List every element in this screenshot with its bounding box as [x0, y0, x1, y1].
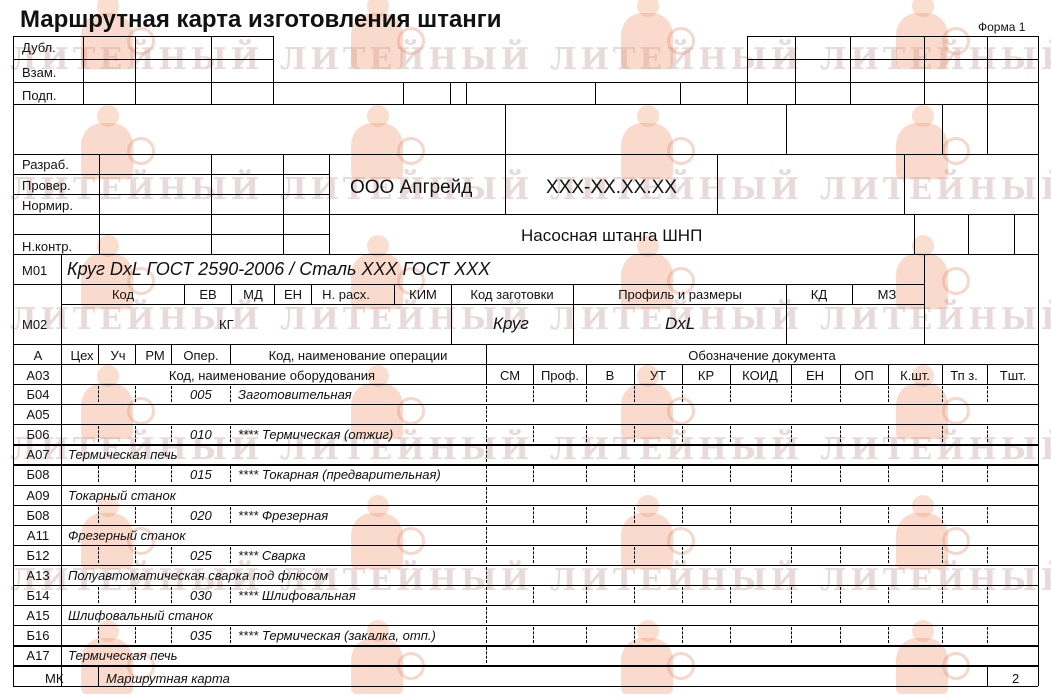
hdr-oper: Опер. — [183, 349, 218, 362]
grid-line — [135, 36, 136, 104]
watermark-figure-icon — [615, 495, 685, 575]
dashed-divider — [987, 587, 988, 603]
row-code: Б12 — [27, 549, 50, 562]
dashed-divider — [942, 466, 943, 482]
hdr-equipment: Код, наименование оборудования — [169, 369, 375, 382]
grid-line — [13, 444, 1038, 445]
grid-line — [403, 82, 404, 104]
dashed-divider — [533, 547, 534, 563]
dashed-divider — [730, 466, 731, 482]
grid-line — [1038, 36, 1039, 686]
dashed-divider — [987, 547, 988, 563]
dashed-divider — [791, 466, 792, 482]
operation-number: 005 — [190, 388, 212, 401]
grid-line — [283, 154, 284, 254]
equipment-name: Токарный станок — [68, 489, 176, 502]
m01-label: М01 — [22, 264, 47, 277]
dashed-divider — [586, 547, 587, 563]
grid-line — [99, 154, 100, 254]
doc-col-header: В — [606, 369, 615, 382]
grid-line — [13, 505, 1038, 506]
dashed-divider — [987, 507, 988, 523]
dashed-divider — [135, 547, 136, 563]
grid-line — [329, 154, 330, 254]
grid-line — [924, 254, 925, 344]
grid-line — [680, 82, 681, 104]
watermark-text: ЛИТЕЙНЫЙ — [820, 302, 1051, 337]
grid-line — [987, 364, 988, 384]
equipment-name: Полуавтоматическая сварка под флюсом — [68, 569, 328, 582]
operation-number: 025 — [190, 549, 212, 562]
grid-line — [83, 36, 84, 104]
grid-line — [13, 665, 1038, 666]
grid-line — [573, 284, 574, 304]
mat-header-blank-code: Код заготовки — [470, 288, 553, 301]
doc-col-header: КОИД — [742, 369, 778, 382]
grid-line — [13, 645, 1038, 646]
dashed-divider — [888, 587, 889, 603]
dashed-divider — [634, 547, 635, 563]
doc-col-header: ОП — [854, 369, 873, 382]
operation-name: **** Фрезерная — [238, 509, 328, 522]
watermark-text: ЛИТЕЙНЫЙ — [280, 42, 533, 77]
operation-number: 010 — [190, 428, 212, 441]
hdr-a: А — [34, 349, 43, 362]
grid-line — [13, 686, 1038, 687]
dashed-divider — [791, 507, 792, 523]
grid-line — [13, 545, 1038, 546]
grid-line — [888, 364, 889, 384]
dashed-divider — [135, 386, 136, 402]
dashed-divider — [987, 627, 988, 643]
grid-line — [840, 364, 841, 384]
dashed-divider — [942, 627, 943, 643]
watermark-figure-icon — [615, 620, 685, 700]
dashed-divider — [730, 426, 731, 442]
dashed-divider — [682, 386, 683, 402]
dashed-divider — [486, 587, 487, 603]
document-code: XXX-XX.XX.XX — [546, 178, 677, 197]
grid-line — [914, 214, 915, 254]
dashed-divider — [791, 386, 792, 402]
mat-header-code: Код — [112, 288, 134, 301]
watermark-figure-icon — [615, 235, 685, 315]
hdr-uch: Уч — [110, 349, 125, 362]
dashed-divider — [730, 547, 731, 563]
watermark-text: ЛИТЕЙНЫЙ — [820, 172, 1051, 207]
dashed-divider — [682, 547, 683, 563]
mat-header-mz: МЗ — [878, 288, 897, 301]
doc-col-header: ЕН — [806, 369, 824, 382]
dashed-divider — [486, 426, 487, 442]
dashed-divider — [682, 426, 683, 442]
dashed-divider — [942, 386, 943, 402]
m01-material: Круг DxL ГОСТ 2590-2006 / Сталь XXX ГОСТ… — [67, 260, 490, 278]
dashed-divider — [486, 446, 487, 462]
mk-label: МК — [45, 672, 63, 685]
grid-line — [61, 304, 924, 305]
dashed-divider — [171, 386, 172, 402]
dashed-divider — [840, 507, 841, 523]
dashed-divider — [135, 466, 136, 482]
grid-line — [595, 82, 596, 104]
grid-line — [730, 364, 731, 384]
grid-line — [791, 364, 792, 384]
grid-line — [230, 344, 231, 364]
page-title: Маршрутная карта изготовления штанги — [20, 6, 502, 34]
watermark-figure-icon — [890, 495, 960, 575]
watermark-text: ЛИТЕЙНЫЙ — [550, 563, 803, 598]
operation-number: 015 — [190, 468, 212, 481]
dashed-divider — [730, 507, 731, 523]
grid-line — [13, 154, 1038, 155]
grid-line — [13, 625, 1038, 626]
dashed-divider — [230, 547, 231, 563]
dashed-divider — [987, 466, 988, 482]
watermark-text: ЛИТЕЙНЫЙ — [550, 432, 803, 467]
row-code: Б08 — [27, 468, 50, 481]
grid-line — [13, 174, 329, 175]
row-code: А11 — [27, 529, 49, 542]
mat-header-profile: Профиль и размеры — [618, 288, 742, 301]
dashed-divider — [135, 507, 136, 523]
dashed-divider — [586, 627, 587, 643]
nkontr-label: Н.контр. — [22, 240, 72, 253]
grid-line — [13, 525, 1038, 526]
dashed-divider — [533, 587, 534, 603]
dashed-divider — [533, 627, 534, 643]
operation-number: 030 — [190, 589, 212, 602]
dashed-divider — [682, 627, 683, 643]
product-name: Насосная штанга ШНП — [521, 227, 702, 244]
mat-header-nrash: Н. расх. — [322, 288, 370, 301]
grid-line — [13, 59, 273, 60]
vzam-label: Взам. — [22, 66, 56, 79]
grid-line — [904, 154, 905, 214]
grid-line — [747, 36, 1038, 37]
grid-line — [451, 284, 452, 304]
watermark-figure-icon — [615, 0, 685, 75]
operation-name: **** Шлифовальная — [238, 589, 356, 602]
grid-line — [852, 284, 853, 304]
dubl-label: Дубл. — [22, 41, 56, 54]
watermark-figure-icon — [615, 105, 685, 185]
dashed-divider — [586, 386, 587, 402]
hdr-a03: А03 — [26, 369, 49, 382]
doc-col-header: Тп з. — [950, 369, 978, 382]
dashed-divider — [533, 386, 534, 402]
dashed-divider — [888, 466, 889, 482]
dashed-divider — [171, 507, 172, 523]
grid-line — [13, 234, 329, 235]
dashed-divider — [486, 547, 487, 563]
grid-line — [1014, 214, 1015, 254]
grid-line — [13, 585, 1038, 586]
grid-line — [98, 665, 99, 686]
prover-label: Провер. — [22, 179, 71, 192]
dashed-divider — [486, 527, 487, 543]
grid-line — [13, 254, 1038, 255]
dashed-divider — [486, 487, 487, 503]
dashed-divider — [682, 587, 683, 603]
grid-line — [942, 364, 943, 384]
dashed-divider — [586, 426, 587, 442]
operation-name: **** Термическая (отжиг) — [238, 428, 393, 441]
dashed-divider — [171, 466, 172, 482]
grid-line — [135, 344, 136, 364]
dashed-divider — [840, 386, 841, 402]
doc-col-header: К.шт. — [900, 369, 930, 382]
equipment-name: Шлифовальный станок — [68, 609, 213, 622]
dashed-divider — [840, 426, 841, 442]
grid-line — [466, 82, 467, 104]
grid-line — [13, 384, 1038, 385]
dashed-divider — [230, 386, 231, 402]
dashed-divider — [634, 627, 635, 643]
grid-line — [394, 284, 395, 304]
dashed-divider — [634, 426, 635, 442]
dashed-divider — [486, 647, 487, 663]
dashed-divider — [533, 466, 534, 482]
grid-line — [450, 82, 451, 104]
grid-line — [13, 565, 1038, 566]
row-code: Б14 — [27, 589, 50, 602]
hdr-tseh: Цех — [70, 349, 93, 362]
dashed-divider — [533, 426, 534, 442]
dashed-divider — [98, 587, 99, 603]
dashed-divider — [171, 587, 172, 603]
dashed-divider — [135, 426, 136, 442]
dashed-divider — [942, 547, 943, 563]
grid-line — [795, 36, 796, 104]
hdr-rm: РМ — [145, 349, 164, 362]
grid-line — [942, 104, 943, 154]
grid-line — [586, 364, 587, 384]
grid-line — [184, 284, 185, 304]
dashed-divider — [171, 627, 172, 643]
dashed-divider — [486, 507, 487, 523]
grid-line — [717, 154, 718, 214]
dashed-divider — [840, 547, 841, 563]
dashed-divider — [230, 587, 231, 603]
dashed-divider — [486, 406, 487, 422]
equipment-name: Термическая печь — [68, 649, 177, 662]
dashed-divider — [98, 386, 99, 402]
grid-line — [987, 665, 988, 686]
dashed-divider — [98, 426, 99, 442]
m02-blank-code: Круг — [493, 315, 529, 332]
dashed-divider — [888, 386, 889, 402]
grid-line — [533, 364, 534, 384]
dashed-divider — [840, 627, 841, 643]
grid-line — [274, 284, 275, 304]
watermark-figure-icon — [890, 620, 960, 700]
watermark-text: ЛИТЕЙНЫЙ — [820, 563, 1051, 598]
dashed-divider — [230, 507, 231, 523]
dashed-divider — [230, 627, 231, 643]
dashed-divider — [230, 426, 231, 442]
row-code: А07 — [26, 448, 49, 461]
dashed-divider — [486, 607, 487, 623]
grid-line — [311, 284, 312, 304]
watermark-text: ЛИТЕЙНЫЙ — [820, 432, 1051, 467]
dashed-divider — [942, 507, 943, 523]
dashed-divider — [888, 547, 889, 563]
page-number: 2 — [1012, 672, 1019, 685]
row-code: Б16 — [27, 629, 50, 642]
dashed-divider — [942, 587, 943, 603]
row-code: А13 — [26, 569, 49, 582]
grid-line — [98, 344, 99, 364]
grid-line — [211, 154, 212, 254]
company-name: ООО Апгрейд — [350, 178, 472, 197]
dashed-divider — [791, 426, 792, 442]
normir-label: Нормир. — [22, 199, 73, 212]
grid-line — [13, 605, 1038, 606]
grid-line — [747, 59, 1038, 60]
mat-header-kim: КИМ — [409, 288, 437, 301]
grid-line — [13, 82, 1038, 83]
operation-number: 035 — [190, 629, 212, 642]
grid-line — [968, 214, 969, 254]
dashed-divider — [634, 466, 635, 482]
doc-col-header: СМ — [500, 369, 520, 382]
dashed-divider — [942, 426, 943, 442]
dashed-divider — [586, 507, 587, 523]
dashed-divider — [171, 426, 172, 442]
dashed-divider — [486, 567, 487, 583]
grid-line — [786, 104, 787, 154]
grid-line — [987, 104, 988, 154]
dashed-divider — [230, 466, 231, 482]
grid-line — [486, 364, 1038, 365]
dashed-divider — [486, 466, 487, 482]
dashed-divider — [486, 627, 487, 643]
grid-line — [13, 404, 1038, 405]
dashed-divider — [135, 587, 136, 603]
dashed-divider — [888, 627, 889, 643]
m02-unit: КГ — [219, 318, 234, 331]
operation-name: **** Термическая (закалка, отп.) — [238, 629, 436, 642]
dashed-divider — [682, 466, 683, 482]
grid-line — [987, 36, 988, 104]
dashed-divider — [98, 466, 99, 482]
dashed-divider — [171, 547, 172, 563]
operation-number: 020 — [190, 509, 212, 522]
hdr-operation-name: Код, наименование операции — [269, 349, 448, 362]
dashed-divider — [682, 507, 683, 523]
dashed-divider — [791, 627, 792, 643]
dashed-divider — [533, 507, 534, 523]
dashed-divider — [634, 507, 635, 523]
mat-header-md: МД — [243, 288, 263, 301]
doc-col-header: КР — [698, 369, 714, 382]
operation-name: **** Сварка — [238, 549, 306, 562]
dashed-divider — [730, 587, 731, 603]
grid-line — [13, 485, 1038, 486]
row-code: А09 — [26, 489, 49, 502]
grid-line — [682, 364, 683, 384]
dashed-divider — [888, 507, 889, 523]
dashed-divider — [135, 627, 136, 643]
grid-line — [573, 304, 574, 344]
form-label: Форма 1 — [978, 20, 1025, 34]
row-code: Б04 — [27, 388, 50, 401]
grid-line — [13, 194, 329, 195]
m02-profile: DxL — [665, 315, 695, 332]
podp-label: Подп. — [22, 89, 57, 102]
grid-line — [634, 364, 635, 384]
dashed-divider — [730, 627, 731, 643]
dashed-divider — [586, 466, 587, 482]
grid-line — [231, 284, 232, 304]
dashed-divider — [486, 386, 487, 402]
grid-line — [171, 344, 172, 364]
grid-line — [786, 284, 787, 344]
grid-line — [924, 36, 925, 104]
mat-header-en: ЕН — [284, 288, 302, 301]
dashed-divider — [888, 426, 889, 442]
dashed-divider — [98, 547, 99, 563]
grid-line — [850, 36, 851, 104]
grid-line — [13, 464, 1038, 465]
mk-name: Маршрутная карта — [106, 672, 230, 685]
operation-name: **** Токарная (предварительная) — [238, 468, 441, 481]
equipment-name: Фрезерный станок — [68, 529, 186, 542]
dashed-divider — [98, 627, 99, 643]
grid-line — [13, 36, 14, 686]
operation-name: Заготовительная — [238, 388, 352, 401]
watermark-figure-icon — [345, 495, 415, 575]
equipment-name: Термическая печь — [68, 448, 177, 461]
doc-col-header: УТ — [650, 369, 666, 382]
hdr-doc-designation: Обозначение документа — [688, 349, 835, 362]
dashed-divider — [634, 386, 635, 402]
doc-col-header: Тшт. — [1000, 369, 1027, 382]
grid-line — [13, 284, 924, 285]
m02-label: М02 — [22, 318, 47, 331]
grid-line — [61, 344, 62, 686]
dashed-divider — [98, 507, 99, 523]
dashed-divider — [840, 466, 841, 482]
doc-col-header: Проф. — [541, 369, 579, 382]
grid-line — [211, 36, 212, 104]
dashed-divider — [730, 386, 731, 402]
dashed-divider — [791, 547, 792, 563]
grid-line — [451, 304, 452, 344]
grid-line — [61, 254, 62, 344]
watermark-figure-icon — [345, 105, 415, 185]
grid-line — [13, 36, 273, 37]
dashed-divider — [840, 587, 841, 603]
row-code: Б08 — [27, 509, 50, 522]
dashed-divider — [791, 587, 792, 603]
dashed-divider — [634, 587, 635, 603]
grid-line — [13, 344, 1038, 345]
row-code: Б06 — [27, 428, 50, 441]
row-code: А17 — [26, 649, 49, 662]
grid-line — [273, 36, 274, 104]
watermark-figure-icon — [75, 105, 145, 185]
grid-line — [747, 36, 748, 104]
mat-header-ev: ЕВ — [199, 288, 216, 301]
grid-line — [13, 214, 329, 215]
grid-line — [13, 104, 1038, 105]
mat-header-kd: КД — [811, 288, 827, 301]
razrab-label: Разраб. — [22, 158, 69, 171]
dashed-divider — [987, 426, 988, 442]
dashed-divider — [586, 587, 587, 603]
